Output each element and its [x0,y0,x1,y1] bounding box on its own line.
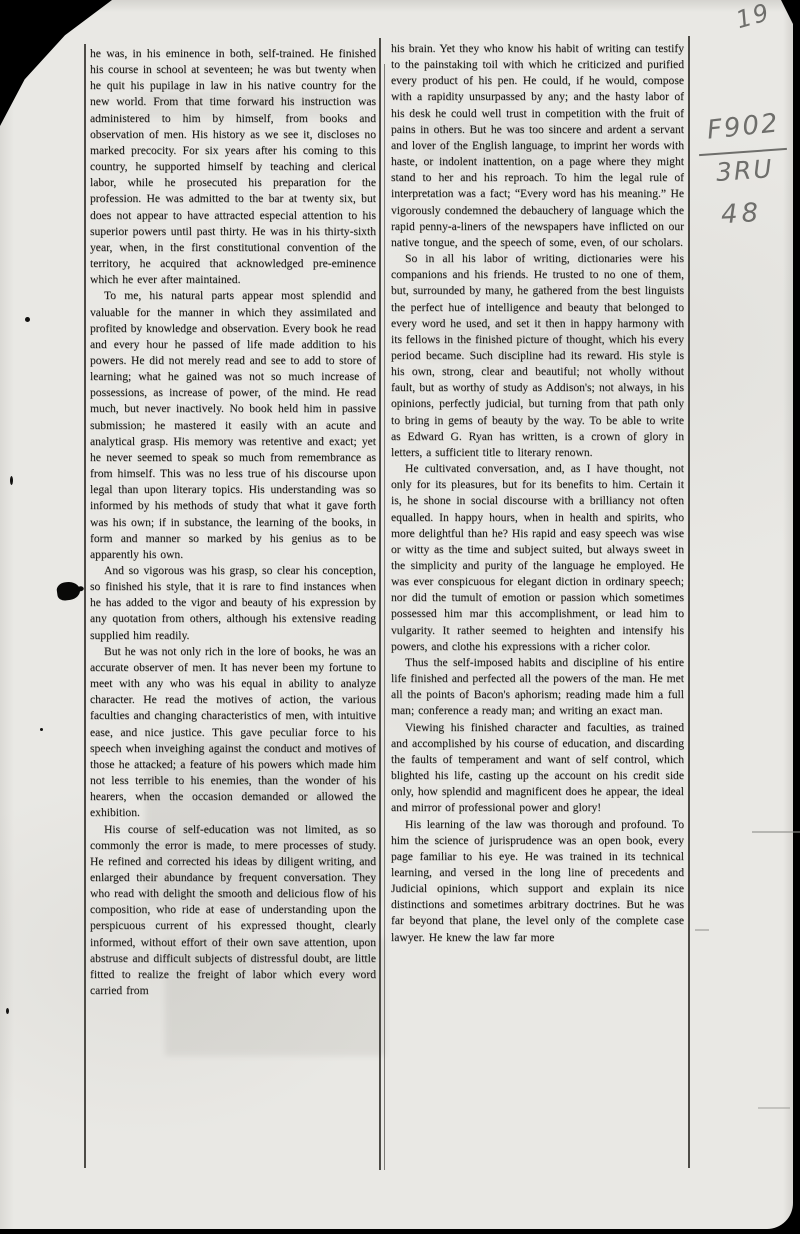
paragraph: his brain. Yet they who know his habit o… [391,41,684,251]
column-rule-left [84,44,86,1168]
column-rule-middle-double [384,64,385,1170]
article-column-1: he was, in his eminence in both, self-tr… [90,46,376,999]
column-rule-middle [379,38,381,1170]
paragraph: So in all his labor of writing, dictiona… [391,251,684,461]
article-column-2: his brain. Yet they who know his habit o… [391,41,684,946]
scanned-newspaper-page: he was, in his eminence in both, self-tr… [0,0,793,1229]
paragraph: His course of self-education was not lim… [90,822,376,1000]
ink-speck [40,728,43,731]
paragraph: Thus the self-imposed habits and discipl… [391,655,684,720]
paper-crease [752,831,800,833]
paragraph: His learning of the law was thorough and… [391,817,684,946]
ink-speck [10,476,13,485]
ink-speck [25,317,30,322]
ink-speck [6,1008,9,1014]
paper-crease [695,929,709,931]
column-rule-right [688,36,690,1168]
paragraph: And so vigorous was his grasp, so clear … [90,563,376,644]
handwritten-archive-code: F902 [706,108,781,145]
handwritten-archive-number: 48 [720,198,763,230]
paragraph: He cultivated conversation, and, as I ha… [391,461,684,655]
paragraph: But he was not only rich in the lore of … [90,644,376,822]
handwritten-archive-shelf: 3RU [715,154,774,187]
paragraph: he was, in his eminence in both, self-tr… [90,46,376,288]
ink-blot [56,580,81,601]
paper-crease [758,1107,790,1109]
paragraph: Viewing his finished character and facul… [391,720,684,817]
handwritten-underline [699,148,787,156]
handwritten-page-number: 19 [733,0,774,34]
paragraph: To me, his natural parts appear most spl… [90,288,376,563]
